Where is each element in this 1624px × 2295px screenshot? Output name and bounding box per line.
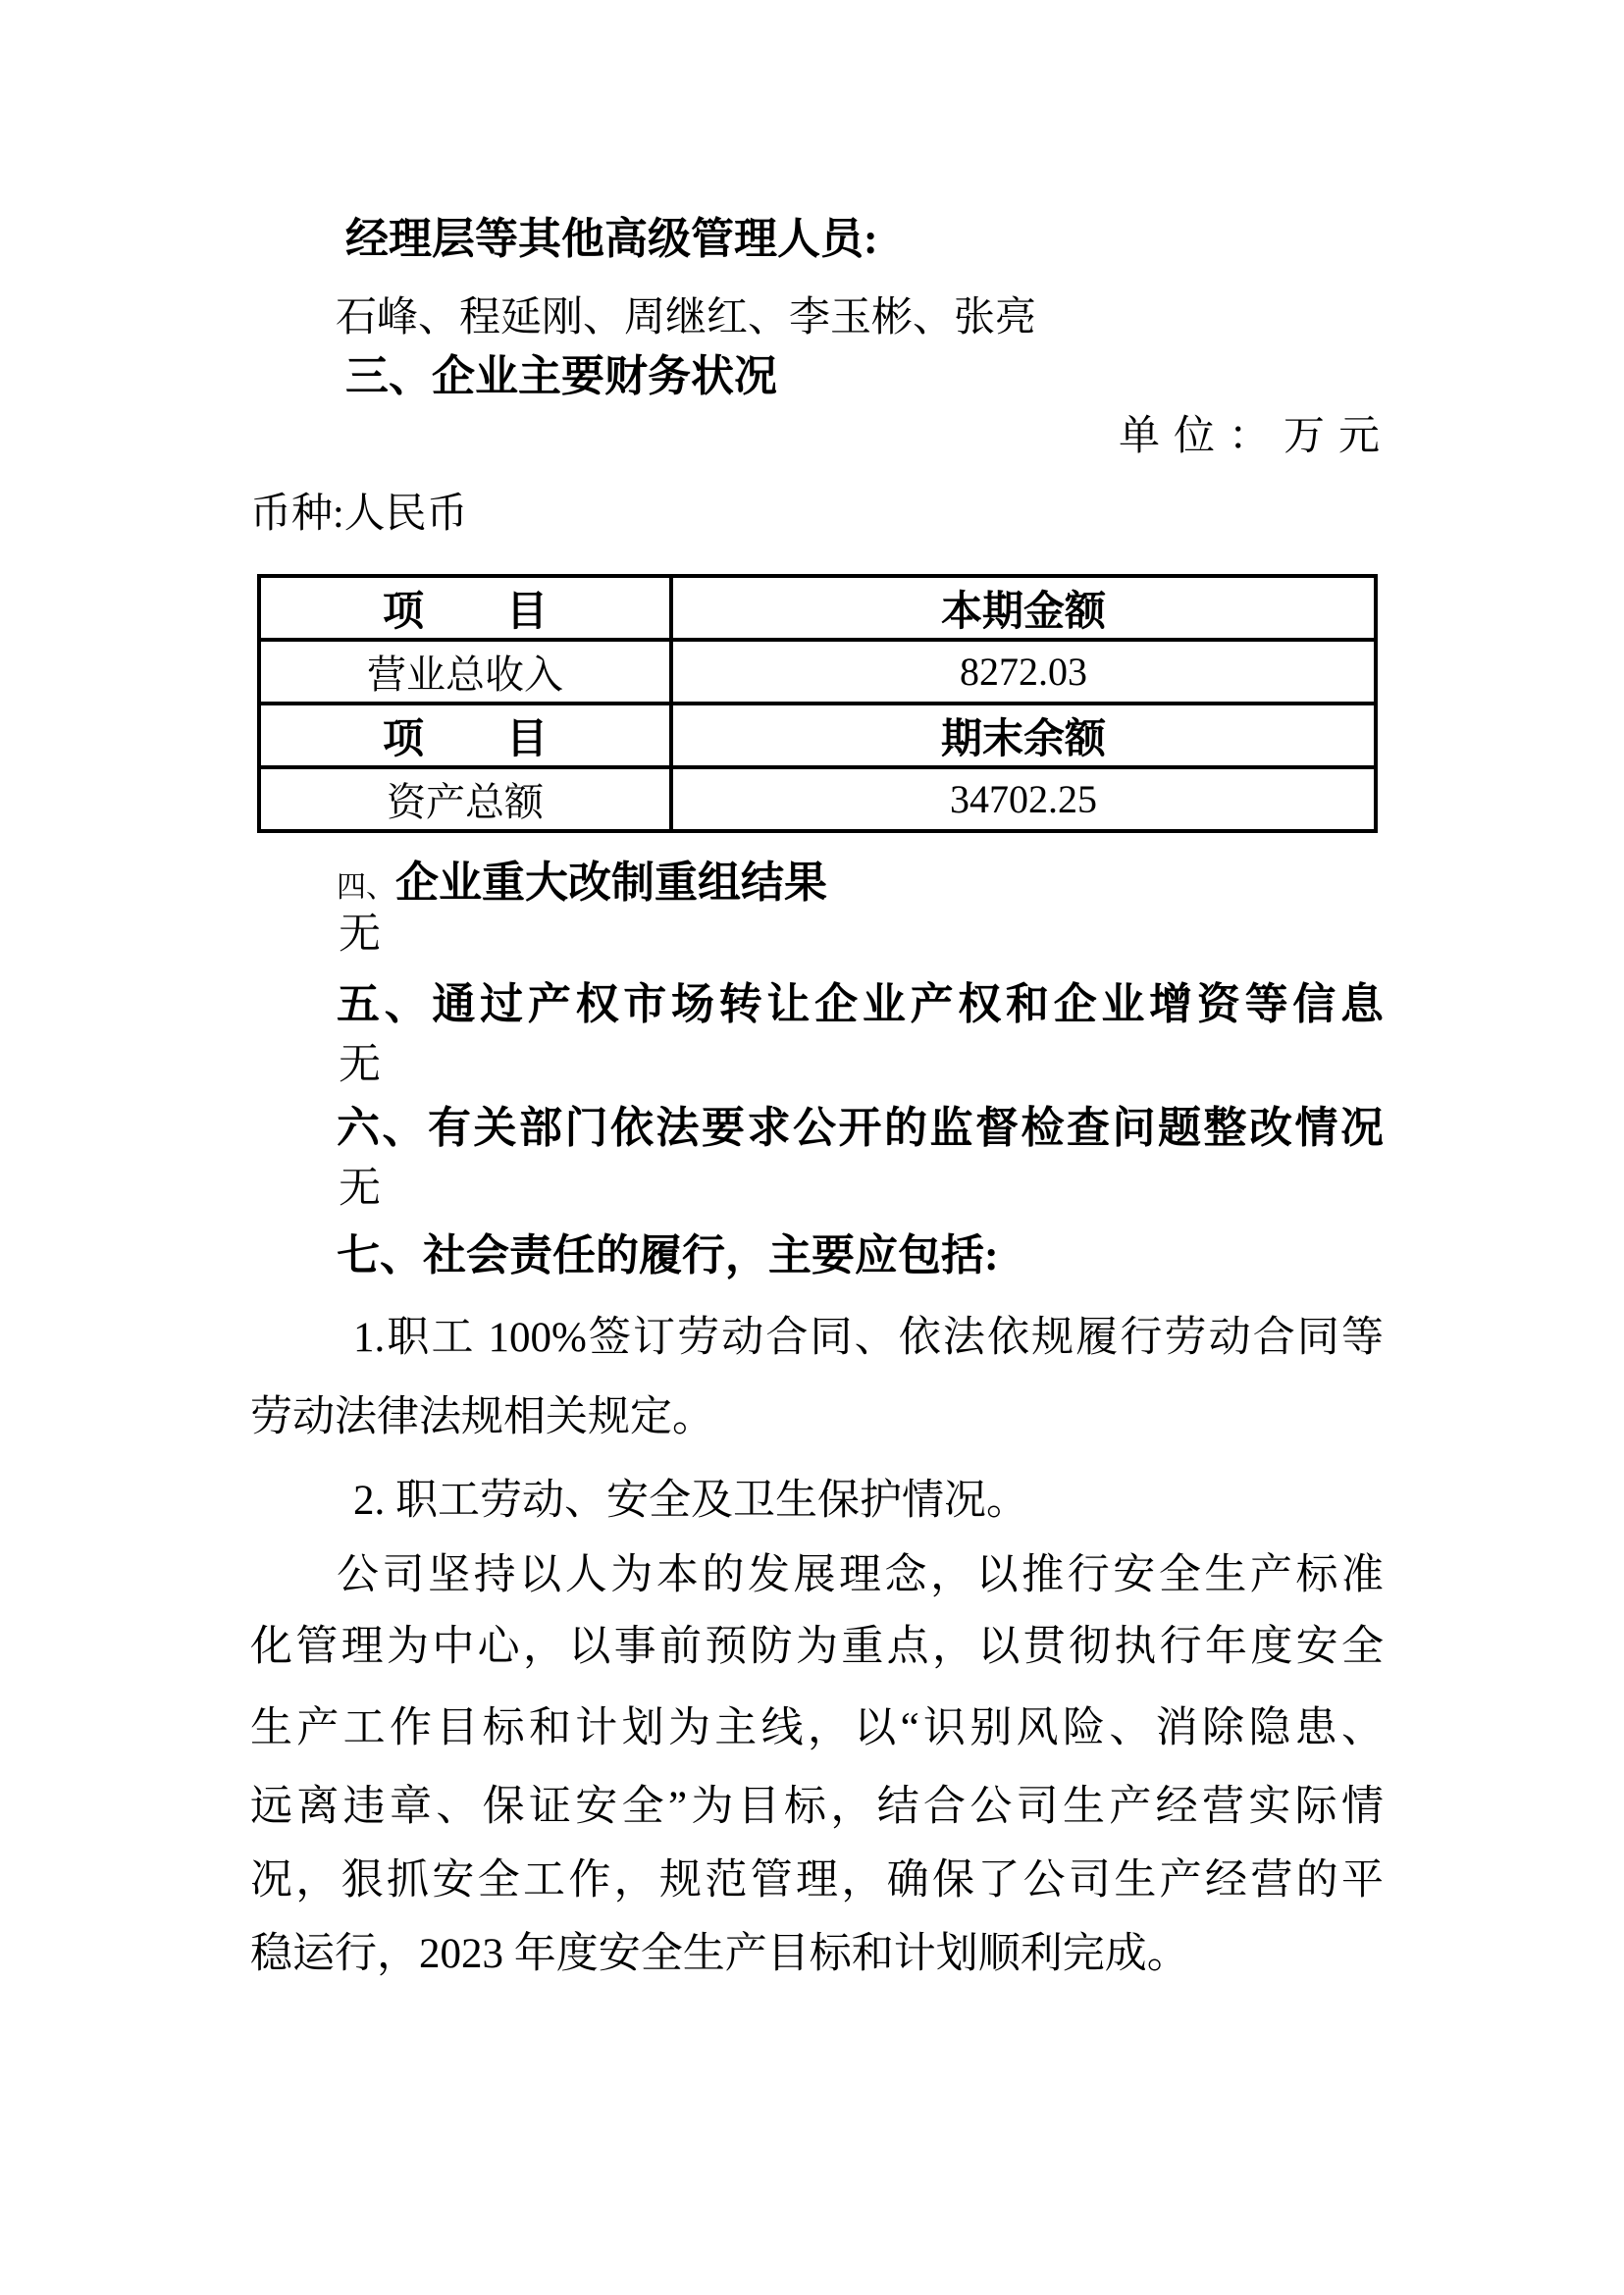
section4-number: 四、 <box>337 871 395 904</box>
item-label-cell: 营业总收入 <box>259 640 671 704</box>
table-row: 项 目 本期金额 <box>259 576 1376 640</box>
paragraph-line-5: 况，狠抓安全工作，规范管理，确保了公司生产经营的平 <box>250 1855 1384 1906</box>
item-label-cell: 项 目 <box>259 576 671 640</box>
amount-value-cell: 8272.03 <box>671 640 1376 704</box>
section6-heading: 六、有关部门依法要求公开的监督检查问题整改情况 <box>337 1103 1384 1154</box>
table-row: 营业总收入 8272.03 <box>259 640 1376 704</box>
amount-header-cell: 本期金额 <box>671 576 1376 640</box>
amount-value-cell: 34702.25 <box>671 767 1376 831</box>
section3-heading: 三、企业主要财务状况 <box>345 351 777 402</box>
managers-heading: 经理层等其他高级管理人员: <box>345 214 878 265</box>
item2-line1: 2. 职工劳动、安全及卫生保护情况。 <box>353 1476 1028 1527</box>
paragraph-line-1: 公司坚持以人为本的发展理念，以推行安全生产标准 <box>337 1550 1384 1601</box>
paragraph-line-6: 稳运行，2023 年度安全生产目标和计划顺利完成。 <box>250 1929 1189 1980</box>
section4-none-text: 无 <box>339 910 381 961</box>
unit-note: 单位：万元 <box>1119 411 1393 462</box>
section5-none-text: 无 <box>339 1040 381 1091</box>
section5-heading: 五、通过产权市场转让企业产权和企业增资等信息 <box>337 979 1384 1030</box>
document-page: 经理层等其他高级管理人员: 石峰、程延刚、周继红、李玉彬、张亮 三、企业主要财务… <box>0 0 1624 2295</box>
amount-header-cell: 期末余额 <box>671 704 1376 767</box>
item-label-cell: 资产总额 <box>259 767 671 831</box>
financial-table: 项 目 本期金额 营业总收入 8272.03 项 目 期末余额 资产总额 347… <box>257 574 1378 833</box>
paragraph-line-2: 化管理为中心，以事前预防为重点，以贯彻执行年度安全 <box>250 1622 1384 1673</box>
item1-line1: 1.职工 100%签订劳动合同、依法依规履行劳动合同等 <box>353 1313 1384 1364</box>
paragraph-line-4: 远离违章、保证安全”为目标，结合公司生产经营实际情 <box>250 1782 1384 1833</box>
section7-heading: 七、社会责任的履行，主要应包括: <box>337 1230 999 1281</box>
managers-names: 石峰、程延刚、周继红、李玉彬、张亮 <box>336 292 1036 343</box>
currency-note: 币种:人民币 <box>250 489 468 540</box>
table-row: 资产总额 34702.25 <box>259 767 1376 831</box>
table-row: 项 目 期末余额 <box>259 704 1376 767</box>
paragraph-line-3: 生产工作目标和计划为主线，以“识别风险、消除隐患、 <box>250 1703 1384 1754</box>
section4-heading: 四、企业重大改制重组结果 <box>337 858 827 913</box>
item-label-cell: 项 目 <box>259 704 671 767</box>
section6-none-text: 无 <box>339 1164 381 1215</box>
item1-line2: 劳动法律法规相关规定。 <box>250 1392 714 1443</box>
section4-title: 企业重大改制重组结果 <box>395 859 827 907</box>
